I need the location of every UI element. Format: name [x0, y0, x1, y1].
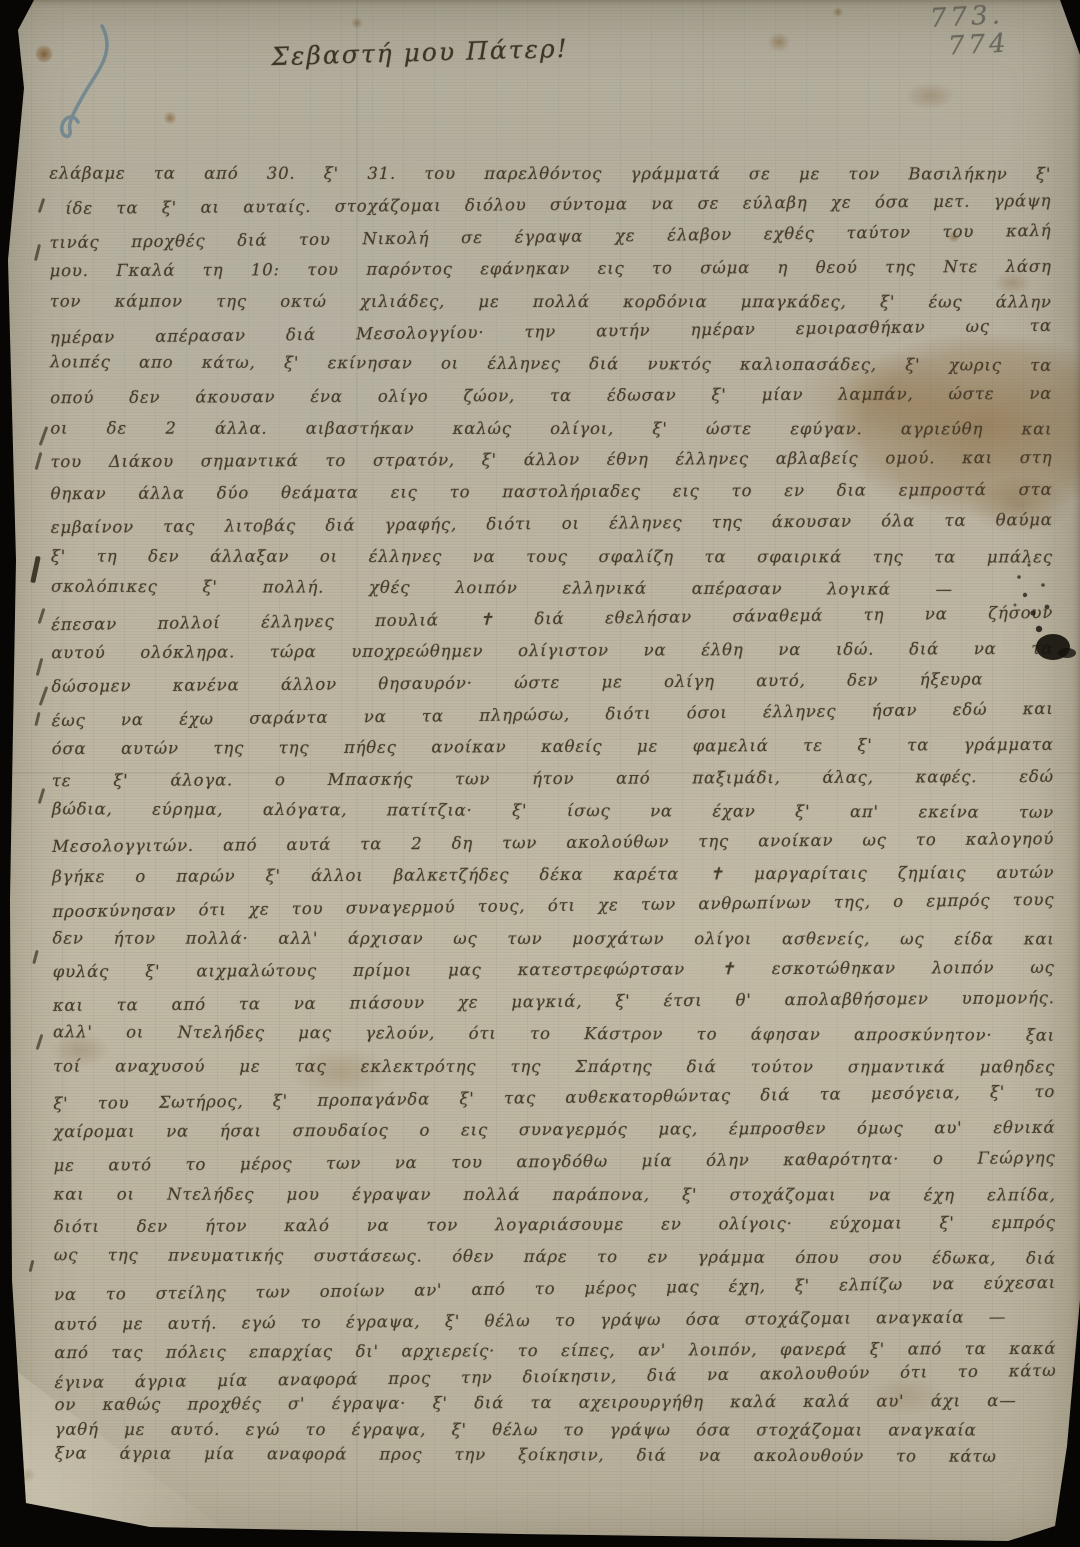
letter-page: 773. 774 Σεβαστή μου Πάτερ! ελάβαμε τα α…	[0, 0, 1080, 1547]
margin-stroke	[34, 244, 41, 261]
margin-stroke	[39, 686, 49, 706]
margin-stroke	[29, 1260, 35, 1272]
margin-stroke	[38, 198, 45, 213]
blue-pencil-flourish	[40, 18, 150, 168]
manuscript-line: τε ξ' άλογα. ο Μπασκής των ήτον από παξι…	[52, 762, 1054, 798]
manuscript-line: βώδια, εύρημα, αλόγατα, πατίτζια· ξ' ίσω…	[52, 794, 1054, 829]
manuscript-line: του Διάκου σημαντικά το στρατόν, ξ' άλλο…	[50, 443, 1052, 479]
manuscript-line: εμβαίνον τας λιτοβάς διά γραφής, διότι ο…	[51, 505, 1053, 545]
salutation: Σεβαστή μου Πάτερ!	[225, 33, 616, 73]
manuscript-line: με αυτό το μέρος των να του απογδόθω μία…	[53, 1143, 1055, 1183]
manuscript-line: αλλ' οι Ντελήδες μας γελούν, ότι το Κάστ…	[53, 1017, 1055, 1052]
manuscript-line: και οι Ντελήδες μου έγραψαν πολλά παράπο…	[54, 1179, 1056, 1212]
manuscript-line: λοιπές απο κάτω, ξ' εκίνησαν οι έλληνες …	[50, 348, 1052, 383]
manuscript-line: οπού δεν άκουσαν ένα ολίγο ζώον, τα έδωσ…	[50, 379, 1052, 415]
manuscript-line: ξ' τη δεν άλλαξαν οι έλληνες να τους σφα…	[51, 541, 1053, 574]
manuscript-line: γαθή με αυτό. εγώ το έγραψα, ξ' θέλω το …	[55, 1417, 977, 1444]
margin-stroke	[38, 608, 46, 624]
margin-stroke	[36, 1034, 44, 1050]
margin-stroke	[39, 426, 49, 446]
letter-body: ελάβαμε τα από 30. ξ' 31. του παρελθόντο…	[49, 156, 1057, 1470]
manuscript-line: δεν ήτον πολλά· αλλ' άρχισαν ως των μοσχ…	[53, 924, 1055, 957]
ink-blot	[995, 555, 1080, 675]
archive-number-774: 774	[948, 28, 1011, 61]
manuscript-line: οι δε 2 άλλα. αιβαστήκαν καλώς ολίγοι, ξ…	[50, 414, 1052, 447]
margin-stroke	[32, 950, 39, 964]
margin-stroke	[38, 788, 46, 804]
margin-stroke	[34, 712, 40, 726]
margin-stroke	[30, 556, 41, 583]
manuscript-line: ξνα άγρια μία αναφορά προς την ξοίκησιν,…	[55, 1440, 997, 1469]
margin-stroke	[36, 658, 44, 676]
margin-stroke	[35, 452, 43, 470]
scanned-page-background: 773. 774 Σεβαστή μου Πάτερ! ελάβαμε τα α…	[0, 0, 1080, 1547]
manuscript-line: διότι δεν ήτον καλό να τον λογαριάσουμε …	[54, 1208, 1056, 1244]
